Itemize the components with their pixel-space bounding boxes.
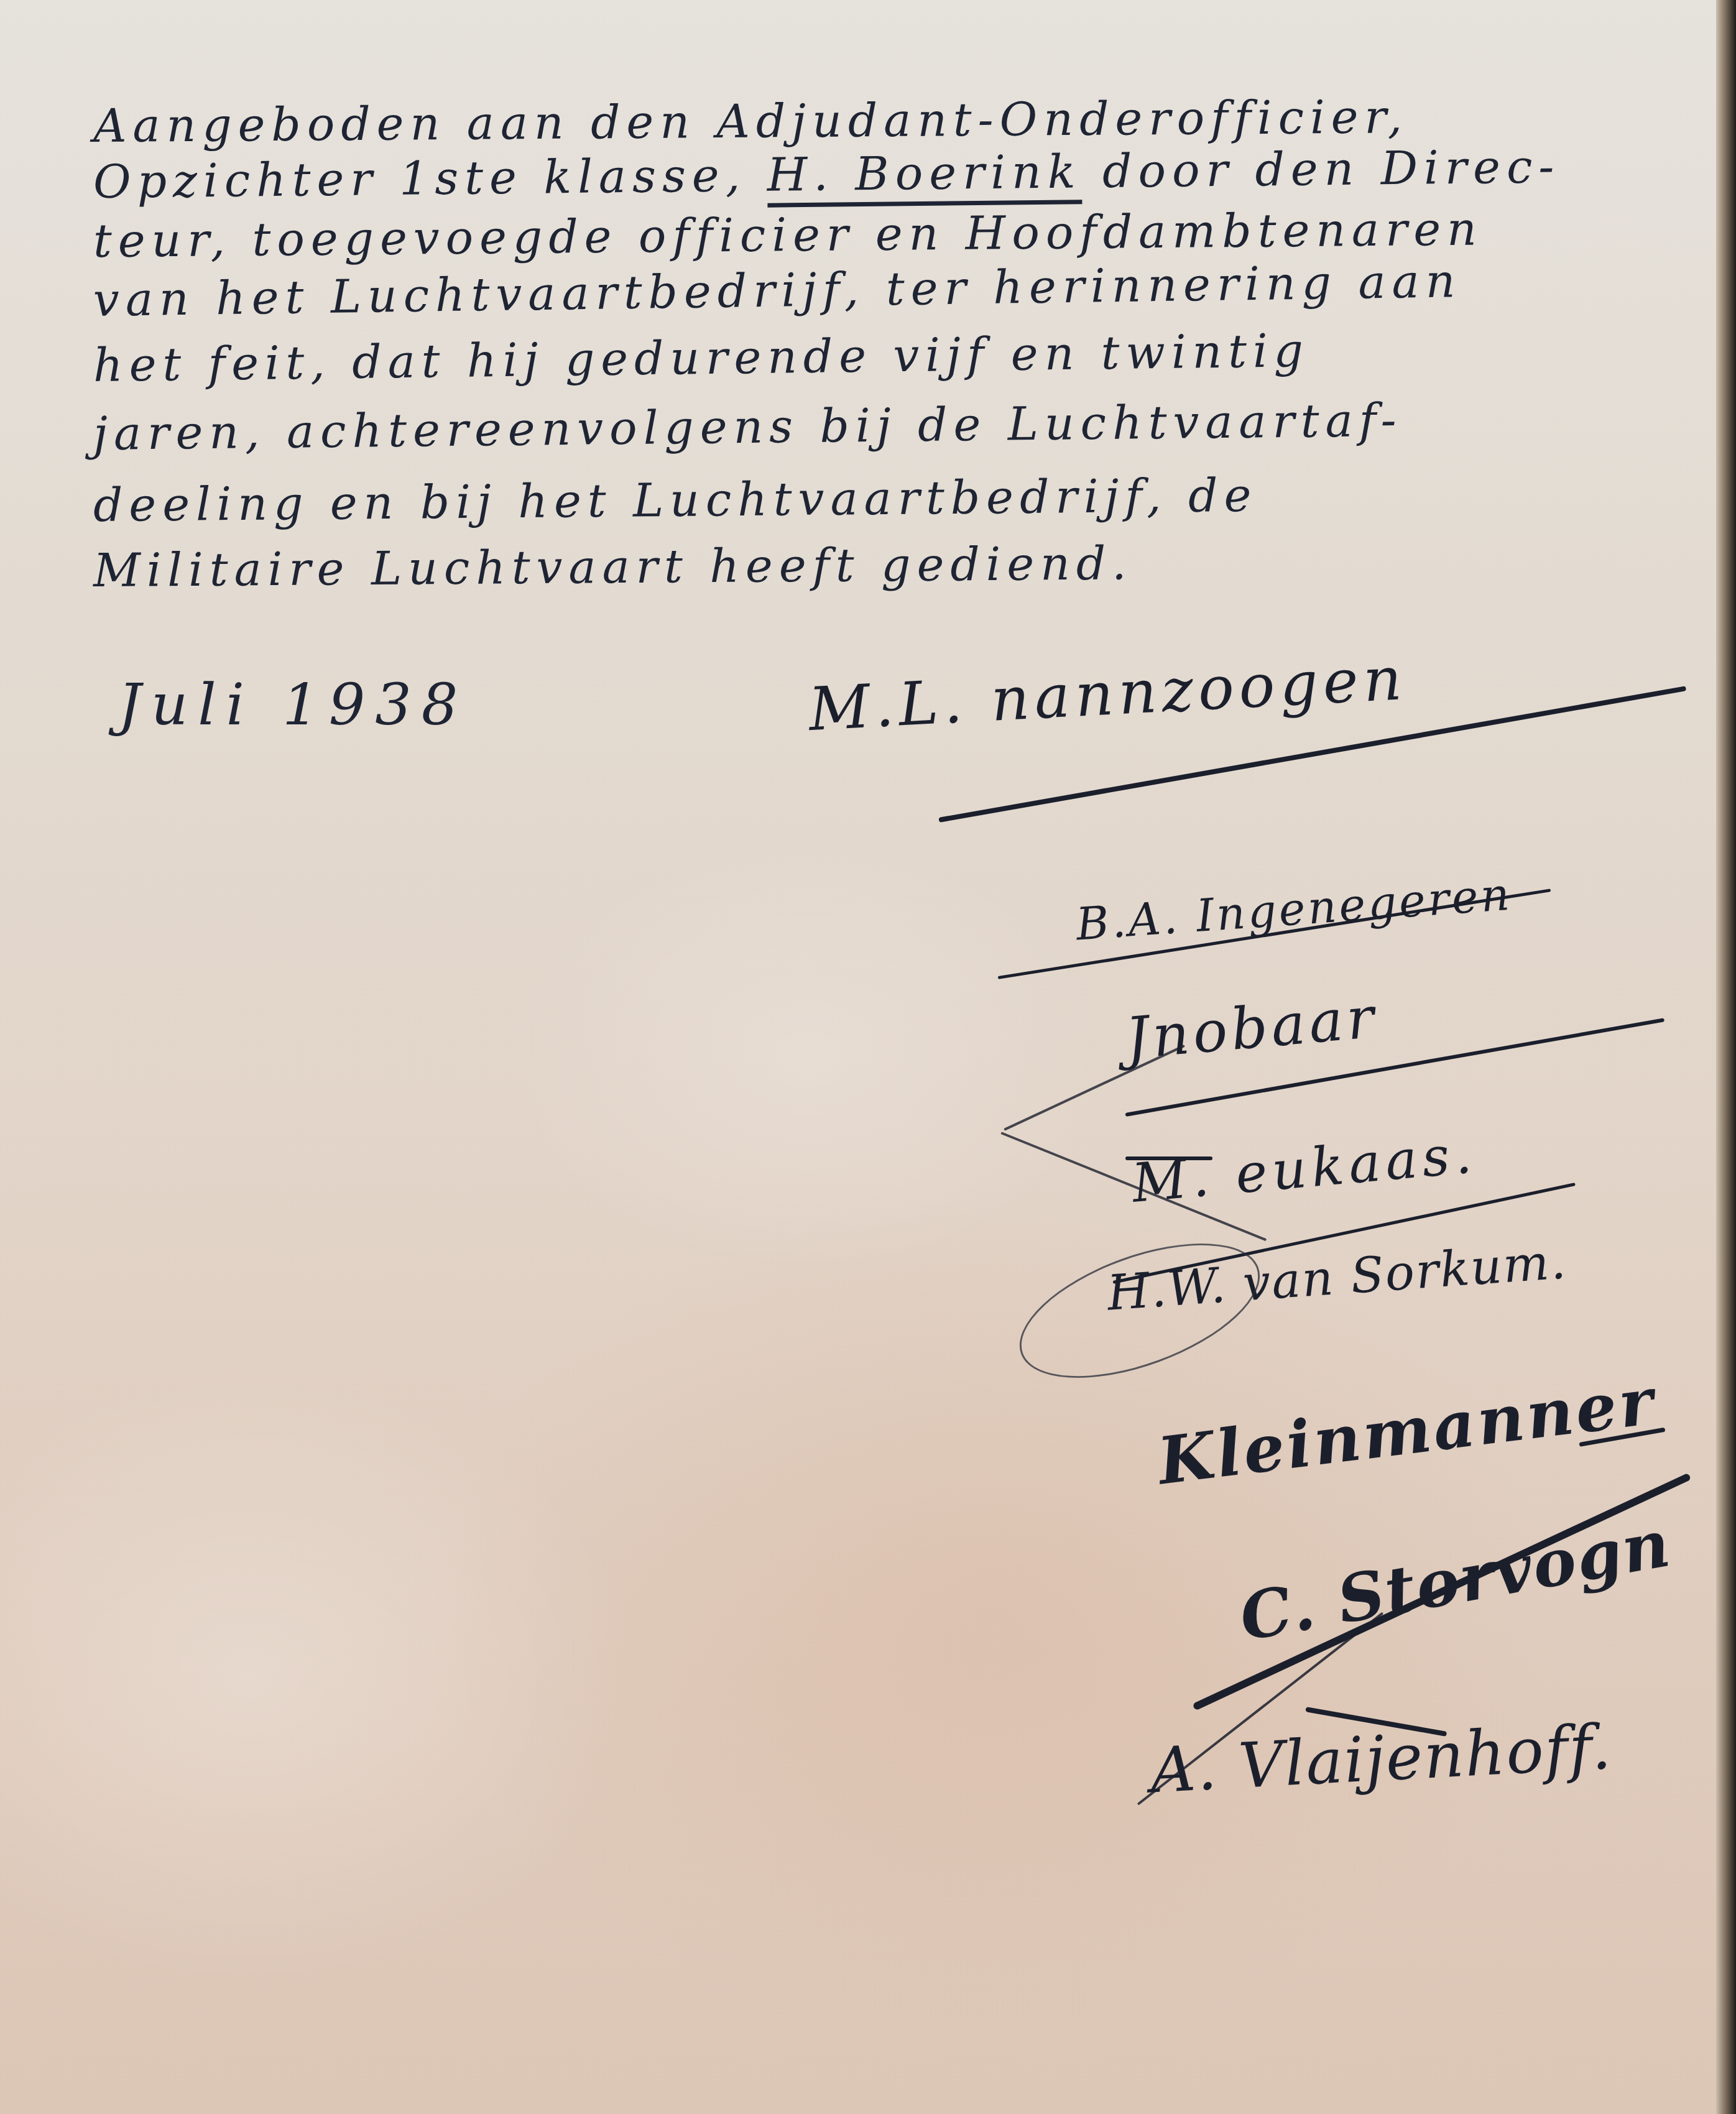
signature-1: M.L. nannzoogen bbox=[807, 644, 1408, 744]
signature-6: Kleinmanner bbox=[1154, 1362, 1660, 1499]
signature-7: C. Storvogn bbox=[1234, 1505, 1677, 1656]
page-edge bbox=[1716, 0, 1736, 2114]
body-line-2-suffix: door den Direc- bbox=[1081, 140, 1561, 198]
body-line-2-prefix: Opzichter 1ste klasse, bbox=[93, 149, 768, 209]
body-line-8: Militaire Luchtvaart heeft gediend. bbox=[93, 537, 1133, 598]
signature-2: B.A. Ingenegeren bbox=[1074, 868, 1513, 951]
body-line-6: jaren, achtereenvolgens bij de Luchtvaar… bbox=[93, 394, 1403, 461]
body-line-7: deeling en bij het Luchtvaartbedrijf, de bbox=[93, 469, 1258, 532]
signature-5-oval-flourish bbox=[1002, 1216, 1277, 1405]
signature-3: Jnobaar bbox=[1123, 984, 1380, 1073]
honoree-name: H. Boerink bbox=[767, 145, 1082, 207]
signature-4: M. eukaas. bbox=[1130, 1123, 1479, 1215]
body-line-5: het feit, dat hij gedurende vijf en twin… bbox=[93, 324, 1309, 392]
document-date: Juli 1938 bbox=[118, 672, 468, 738]
signature-3-swash-2 bbox=[1004, 1045, 1185, 1131]
document-page: Aangeboden aan den Adjudant-Onderofficie… bbox=[0, 0, 1716, 2114]
signature-4-overline bbox=[1125, 1156, 1212, 1160]
